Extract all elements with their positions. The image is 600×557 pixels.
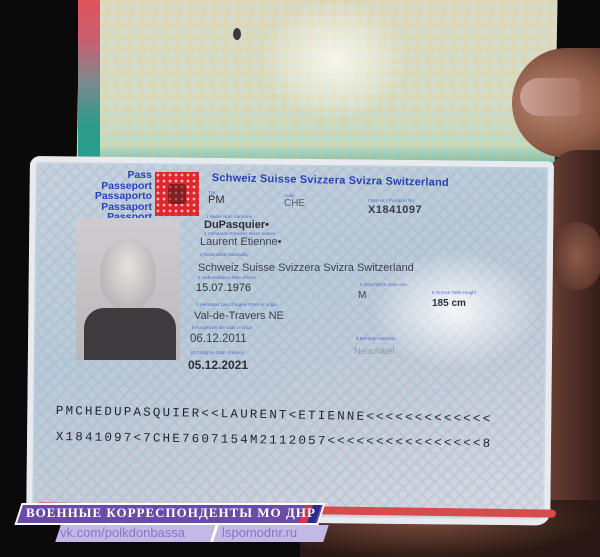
label-issue: 8 Ausgestellt am Date of issue <box>192 325 253 330</box>
passport-type: PM <box>208 194 225 206</box>
label-origin: 7 Heimatort Lieu d'origine Place of orig… <box>196 302 277 307</box>
visa-page-edge <box>78 0 100 165</box>
label-dob: 4 Geburtsdatum Date of birth <box>198 275 256 280</box>
label-sex: 5 Geschlecht Sexe Sex <box>360 282 407 287</box>
thumbnail <box>520 78 580 116</box>
ink-spot <box>233 28 241 40</box>
light-reflection <box>260 0 410 120</box>
hand <box>548 150 600 530</box>
doc-label: Passaporto <box>88 191 152 202</box>
label-passport-no: Pass-Nr. / Passport No. <box>368 198 415 203</box>
watermark-link-site[interactable]: lspomodnr.ru <box>222 525 297 540</box>
face <box>100 238 156 310</box>
photo-scene: Pass Passeport Passaporto Passaport Pass… <box>0 0 600 557</box>
height: 185 cm <box>432 298 466 309</box>
country-code: CHE <box>284 198 305 209</box>
label-authority: 9 Behörde Authority <box>356 336 396 341</box>
watermark-title: ВОЕННЫЕ КОРРЕСПОНДЕНТЫ МО ДНР <box>26 505 316 521</box>
nationality: Schweiz Suisse Svizzera Svizra Switzerla… <box>198 262 414 274</box>
emblem-center <box>168 184 186 204</box>
issuing-authority: Neuchâtel <box>354 346 395 356</box>
shirt <box>84 308 176 360</box>
surname: DuPasquier• <box>204 219 269 231</box>
label-nationality: 3 Nationalität Nationality <box>200 252 249 257</box>
document-type-labels: Pass Passeport Passaporto Passaport Pass… <box>88 170 152 223</box>
finger <box>553 222 600 290</box>
date-of-expiry: 05.12.2021 <box>188 358 248 372</box>
watermark-link-vk[interactable]: vk.com/polkdonbassa <box>60 525 185 540</box>
doc-label: Pass <box>88 170 152 181</box>
place-of-origin: Val-de-Travers NE <box>194 310 284 322</box>
label-expiry: 10 Gültig bis Date of expiry <box>190 350 244 355</box>
holder-photo <box>76 218 180 360</box>
date-of-issue: 06.12.2011 <box>190 333 247 345</box>
date-of-birth: 15.07.1976 <box>196 282 251 294</box>
given-names: Laurent Etienne• <box>200 236 282 248</box>
label-height: 6 Grösse Taille Height <box>432 290 476 295</box>
passport-number: X1841097 <box>368 204 422 216</box>
sex: M <box>358 290 366 301</box>
